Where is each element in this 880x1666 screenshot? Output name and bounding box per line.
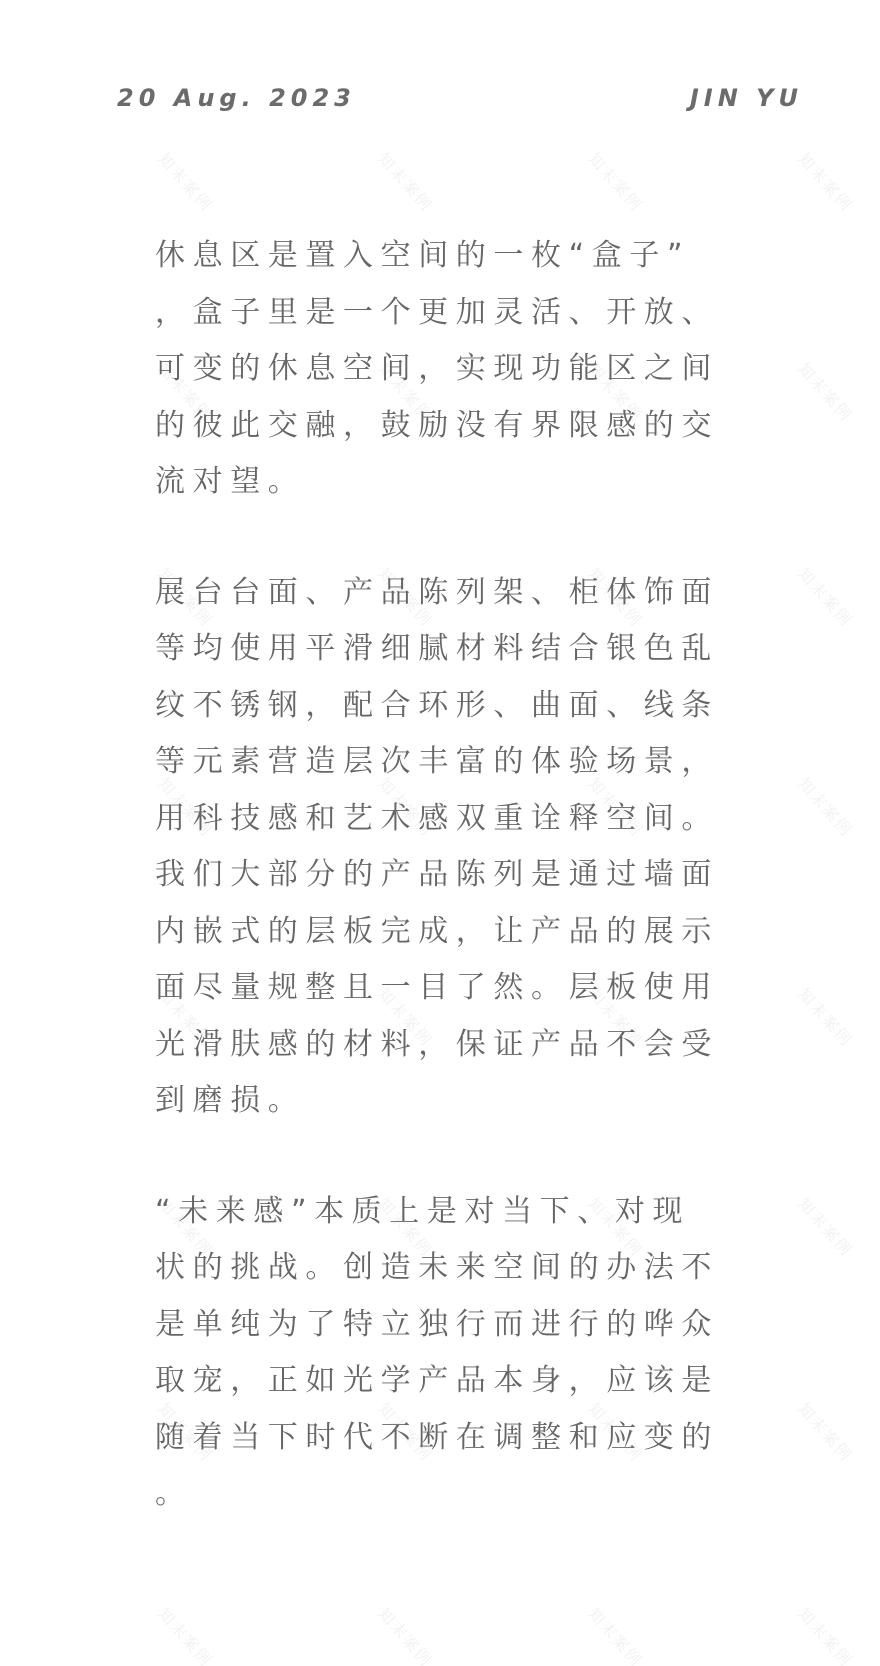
text-line: 休息区是置入空间的一枚“盒子”: [155, 228, 735, 285]
article-body: 休息区是置入空间的一枚“盒子” ，盒子里是一个更加灵活、开放、 可变的休息空间，…: [155, 228, 735, 1577]
watermark-text: 知末案例: [373, 147, 438, 216]
text-line: 的彼此交融，鼓励没有界限感的交: [155, 398, 735, 455]
text-line: 展台台面、产品陈列架、柜体饰面: [155, 565, 735, 622]
watermark-text: 知末案例: [793, 772, 858, 841]
watermark-text: 知末案例: [793, 1602, 858, 1666]
watermark-text: 知末案例: [153, 147, 218, 216]
text-line: 是单纯为了特立独行而进行的哗众: [155, 1297, 735, 1354]
watermark-text: 知末案例: [583, 147, 648, 216]
paragraph-future-sense: “未来感”本质上是对当下、对现 状的挑战。创造未来空间的办法不 是单纯为了特立独…: [155, 1184, 735, 1523]
text-line: 状的挑战。创造未来空间的办法不: [155, 1240, 735, 1297]
text-line: 面尽量规整且一目了然。层板使用: [155, 960, 735, 1017]
watermark-text: 知末案例: [793, 147, 858, 216]
paragraph-display-materials: 展台台面、产品陈列架、柜体饰面 等均使用平滑细腻材料结合银色乱 纹不锈钢，配合环…: [155, 565, 735, 1130]
watermark-text: 知末案例: [793, 357, 858, 426]
text-line: 用科技感和艺术感双重诠释空间。: [155, 791, 735, 848]
publish-date: 20 Aug. 2023: [117, 84, 356, 112]
text-line: 可变的休息空间，实现功能区之间: [155, 341, 735, 398]
text-line: 取宠，正如光学产品本身，应该是: [155, 1353, 735, 1410]
text-line: ，盒子里是一个更加灵活、开放、: [155, 285, 735, 342]
watermark-text: 知末案例: [793, 562, 858, 631]
text-line: 等元素营造层次丰富的体验场景，: [155, 734, 735, 791]
text-line: 等均使用平滑细腻材料结合银色乱: [155, 621, 735, 678]
watermark-text: 知末案例: [793, 1397, 858, 1466]
text-line: 流对望。: [155, 454, 735, 511]
text-line: 光滑肤感的材料，保证产品不会受: [155, 1017, 735, 1074]
watermark-text: 知末案例: [373, 1602, 438, 1666]
watermark-text: 知末案例: [793, 982, 858, 1051]
paragraph-rest-area: 休息区是置入空间的一枚“盒子” ，盒子里是一个更加灵活、开放、 可变的休息空间，…: [155, 228, 735, 511]
watermark-text: 知末案例: [153, 1602, 218, 1666]
text-line: 我们大部分的产品陈列是通过墙面: [155, 847, 735, 904]
text-line: 随着当下时代不断在调整和应变的: [155, 1410, 735, 1467]
text-line: 到磨损。: [155, 1073, 735, 1130]
author-name: JIN YU: [690, 84, 803, 112]
text-line: “未来感”本质上是对当下、对现: [155, 1184, 735, 1241]
watermark-text: 知末案例: [793, 1192, 858, 1261]
watermark-text: 知末案例: [583, 1602, 648, 1666]
text-line: 纹不锈钢，配合环形、曲面、线条: [155, 678, 735, 735]
text-line: 。: [155, 1466, 735, 1523]
text-line: 内嵌式的层板完成，让产品的展示: [155, 904, 735, 961]
article-header: 20 Aug. 2023 JIN YU: [117, 80, 803, 116]
